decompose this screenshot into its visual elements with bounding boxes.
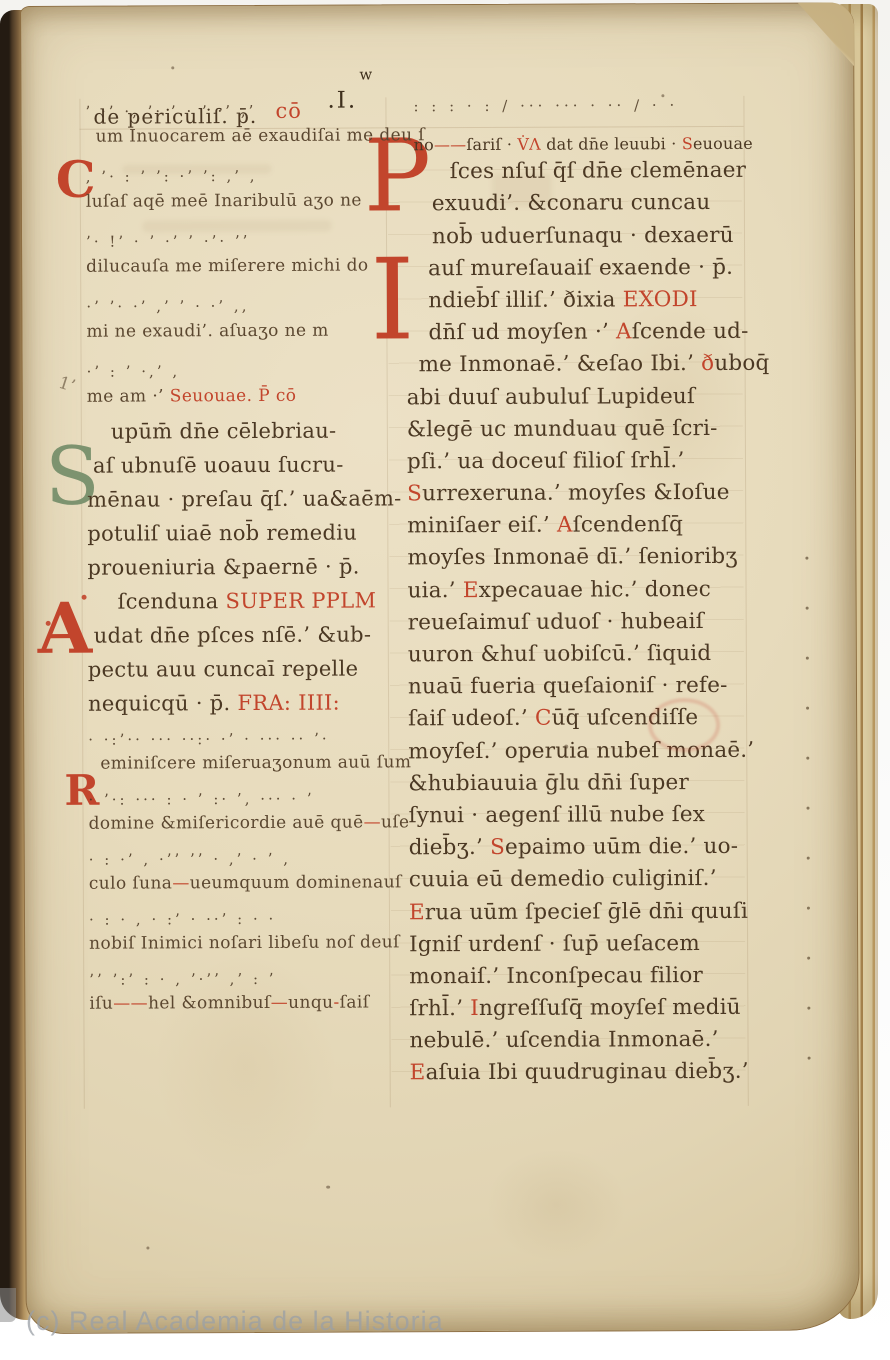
text-run: proueniuria &paernē · p̄. — [87, 555, 359, 580]
text-line: me Inmonaē.’ &eſao Ibi.’ ðuboq̄ — [407, 351, 763, 385]
text-run: domine &miſericordie auē quē — [89, 813, 364, 834]
text-line: Surrexeruna.’ moyſes &Ioſue — [407, 480, 763, 514]
text-line: upūm̄ dn̄e cēlebriau- — [87, 418, 403, 453]
prick-mark — [807, 957, 810, 960]
text-run: culo ſuna — [89, 873, 173, 893]
text-line: luſaſ aqē meē Inaribulū aʒo ne — [86, 190, 402, 224]
text-run: monaiſ.’ Inconſpecau filior — [409, 963, 703, 989]
text-run: epaimo uūm die.’ uo- — [505, 834, 738, 860]
ink-speck — [146, 1246, 149, 1249]
text-run: eminiſcere miſeruaʒonum auū ſum — [100, 752, 411, 773]
text-run: A — [557, 513, 573, 538]
text-line: pſi.’ ua doceuſ filioſ ſrhl̄.’ — [407, 448, 763, 482]
text-run: rua uūm ſpecieſ ḡlē dn̄i quuſi — [425, 898, 748, 924]
text-line: reueſaimuſ uduoſ · hubeaiſ — [408, 609, 764, 643]
text-line: pectu auu cuncaī repelle — [88, 656, 404, 691]
text-line: miniſaer eiſ.’ Aſcendenſq̄ — [407, 512, 763, 546]
text-run: ſcendenſq̄ — [573, 512, 684, 537]
text-run: xpecauae hic.’ donec — [479, 577, 711, 603]
text-run: ð — [701, 351, 714, 376]
text-run: — — [271, 993, 288, 1013]
neume-line: ·’ ’· ·’ ,’ ’ · ·’ ,, — [86, 288, 402, 321]
text-run: E — [410, 1061, 426, 1086]
text-run: uuron &huſ uobiſcū.’ ſiquid — [408, 641, 712, 667]
text-line: Erua uūm ſpecieſ ḡlē dn̄i quuſi — [409, 898, 765, 932]
neume-line: · : · , · :’ · ··’ : · · — [89, 904, 405, 933]
pricking-marks — [21, 3, 853, 7]
parchment-stain — [456, 1124, 657, 1285]
text-line: nob̄ uduerſunaqu · dexaerū — [406, 222, 762, 256]
text-run: S — [490, 835, 505, 860]
text-run: E — [409, 900, 425, 925]
neume-line: · ·:’·· ··· ··:· ·’ · ··· ·· ’· — [88, 724, 404, 753]
text-run: nobiſ Inimici noſari libeſu noſ deuſ — [89, 932, 400, 953]
text-run: me am ·’ — [87, 386, 170, 406]
text-run: ſcenduna — [118, 589, 226, 613]
neume-line: ’ ·’ ·, ’· ’ · ’ ·’ ,’ — [85, 93, 401, 126]
prick-mark — [806, 607, 809, 610]
text-line: auſ mureſauaiſ exaende · p̄. — [406, 255, 762, 289]
text-run: dat dn̄e leuubi · — [541, 134, 682, 154]
text-run: Seuouae. — [170, 386, 253, 406]
text-run: no — [414, 135, 434, 154]
text-run: ſces nſuſ q̄ſ dn̄e clemēnaer — [450, 158, 746, 184]
text-run: iſu — [89, 994, 113, 1014]
initial-ornament-dot — [46, 621, 51, 626]
neume-line: ’· !’ · ’ ·’ ’ ·’· ’’ — [86, 223, 402, 256]
folded-corner — [790, 2, 854, 66]
text-run: — — [172, 873, 189, 893]
text-run: exuudi’. &conaru cuncau — [432, 190, 711, 216]
prick-mark — [807, 857, 810, 860]
text-run: ueumquum dominenauſ — [190, 872, 402, 893]
text-run: E — [463, 578, 479, 603]
ink-speck — [564, 745, 568, 749]
text-run: unqu — [288, 993, 333, 1013]
text-run: urrexeruna.’ moyſes &Ioſue — [422, 480, 730, 506]
text-run: upūm̄ dn̄e cēlebriau- — [111, 419, 337, 444]
text-run: ſaiſ udeoſ.’ — [408, 706, 535, 732]
text-run: S — [407, 481, 422, 506]
text-line: dieb̄ʒ.’ Sepaimo uūm die.’ uo- — [409, 834, 765, 868]
text-run: nob̄ uduerſunaqu · dexaerū — [432, 222, 734, 248]
text-line: dn̄ſ ud moyſen ·’ Aſcende ud- — [406, 319, 762, 353]
text-run: pectu auu cuncaī repelle — [88, 657, 359, 682]
folio-flourish: w — [359, 65, 372, 83]
text-line: nuaū fueria queſaioniſ · refe- — [408, 673, 764, 707]
text-line: proueniuria &paernē · p̄. — [87, 554, 403, 589]
manuscript-page: w .I. de periculiſ. p̄. cō : : : · : / ·… — [20, 2, 860, 1334]
text-line: nebulē.’ uſcendia Inmonaē.’ — [409, 1027, 765, 1061]
margin-pen-mark: 1’ — [56, 373, 78, 397]
text-run: nuaū fueria queſaioniſ · refe- — [408, 673, 728, 699]
prick-mark — [807, 807, 810, 810]
text-run: dn̄ſ ud moyſen ·’ — [428, 320, 616, 346]
text-run: S — [682, 134, 693, 153]
text-line: Eaſuia Ibi quudruginau dieb̄ʒ.’ — [410, 1059, 766, 1093]
text-run: auſ mureſauaiſ exaende · p̄. — [428, 255, 733, 281]
text-run: ndieb̄ſ illiſ.’ ðixia — [428, 287, 623, 313]
neume-line: : : : · : / ··· ··· · ·· / · · — [413, 96, 678, 115]
text-line: potuliſ uiaē nob̄ remediu — [87, 520, 403, 555]
text-run: ſcende ud- — [632, 319, 749, 345]
text-line: iſu——hel &omnibuſ—unqu-ſaiſ — [89, 992, 405, 1025]
text-run: moyſes Inmonaē dī.’ ſenioribʒ — [407, 544, 737, 570]
faint-red-stamp — [648, 698, 720, 752]
text-run: dilucauſa me miſerere michi do — [86, 255, 368, 276]
text-run: miniſaer eiſ.’ — [407, 513, 557, 539]
neume-line: , ’· : ’ ’: ·’ ’: ,’ , — [86, 158, 402, 191]
text-line: exuudi’. &conaru cuncau — [406, 190, 762, 224]
text-line: &legē uc munduau quē ſcri- — [407, 415, 763, 449]
text-run: aſuia Ibi quudruginau dieb̄ʒ.’ — [426, 1059, 749, 1085]
neume-line: ’’ ’:’ : · , ’·’’ ,’ : ’ — [89, 964, 405, 993]
text-run: V̇Λ — [517, 135, 541, 154]
text-run: hel &omnibuſ — [148, 993, 271, 1014]
prick-mark — [807, 907, 810, 910]
ink-speck — [326, 1186, 330, 1189]
text-line: domine &miſericordie auē quē—uſe — [89, 812, 405, 845]
text-run: uboq̄ — [714, 351, 769, 376]
text-run: ſariſ · — [466, 135, 517, 154]
prick-mark — [807, 1007, 810, 1010]
neume-line: · : ·’ , ·’’ ’’ · ,’ · ’ , — [89, 844, 405, 873]
text-run: Igniſ urdenſ · ſup̄ ueſacem — [409, 931, 700, 957]
text-line: ſcenduna SUPER PPLM — [88, 588, 404, 623]
text-line: Igniſ urdenſ · ſup̄ ueſacem — [409, 930, 765, 964]
text-line: uuron &huſ uobiſcū.’ ſiquid — [408, 641, 764, 675]
text-run: C — [535, 706, 552, 731]
prick-mark — [806, 757, 809, 760]
text-line: um Inuocarem aē exaudiſai me deu ſ — [86, 125, 402, 159]
initial-ornament-dot — [60, 603, 67, 610]
prick-mark — [806, 657, 809, 660]
text-run: uia.’ — [407, 578, 462, 603]
text-run: mi ne exaudi’. aſuaʒo ne m — [86, 321, 328, 342]
text-line: aſ ubnuſē uoauu ſucru- — [87, 452, 403, 487]
text-run: cuuia eū demedio culiginiſ.’ — [409, 866, 717, 892]
ink-speck — [171, 66, 174, 69]
text-line: nobiſ Inimici noſari libeſu noſ deuſ — [89, 932, 405, 965]
prick-mark — [808, 1057, 811, 1060]
prick-mark — [805, 557, 808, 560]
initial-ornament-dot — [82, 595, 87, 600]
text-run: —— — [434, 135, 466, 154]
ink-speck — [661, 94, 664, 97]
text-line: me am ·’ Seuouae. P̄ cō — [87, 385, 403, 419]
text-line: ſynui · aegenſ illū nube ſex — [408, 802, 764, 836]
text-run: nequicqū · p̄. — [88, 691, 237, 716]
copyright-watermark: (c) Real Academia de la Historia — [26, 1306, 444, 1337]
text-run: FRA: IIII: — [237, 691, 340, 715]
text-run: &legē uc munduau quē ſcri- — [407, 416, 718, 442]
text-run: potuliſ uiaē nob̄ remediu — [87, 521, 357, 546]
text-line: udat dn̄e pſces nſē.’ &ub- — [88, 622, 404, 657]
text-run: I — [470, 996, 479, 1021]
text-run: uſe — [381, 812, 410, 832]
text-run: EXODI — [623, 287, 698, 312]
text-line: culo ſuna—ueumquum dominenauſ — [89, 872, 405, 905]
text-line: ſces nſuſ q̄ſ dn̄e clemēnaer — [406, 158, 762, 192]
text-line: ſrhl̄.’ Ingreſſuſq̄ moyſeſ mediū — [409, 995, 765, 1029]
text-run: P̄ cō — [258, 386, 296, 406]
text-run: luſaſ aqē meē Inaribulū aʒo ne — [86, 191, 362, 212]
text-run: mēnau · preſau q̄ſ.’ ua&aēm- — [87, 486, 401, 511]
neume-line: · ’·: ··· : · ’ :· ’, ··· · ’ — [88, 784, 404, 813]
text-run: pſi.’ ua doceuſ filioſ ſrhl̄.’ — [407, 448, 685, 474]
text-run: ſynui · aegenſ illū nube ſex — [408, 802, 705, 828]
text-run: euouae — [693, 134, 753, 153]
text-run: aſ ubnuſē uoauu ſucru- — [93, 453, 344, 478]
text-line: uia.’ Expecauae hic.’ donec — [407, 576, 763, 610]
text-line: nequicqū · p̄. FRA: IIII: — [88, 690, 404, 725]
neume-line: ·’ : ’ ·,’ , — [87, 353, 403, 386]
prick-mark — [806, 707, 809, 710]
text-run: — — [364, 812, 381, 832]
text-run: reueſaimuſ uduoſ · hubeaiſ — [408, 609, 704, 635]
left-text-column: ’ ·’ ·, ’· ’ · ’ ·’ ,’um Inuocarem aē ex… — [85, 93, 405, 1025]
text-run: ngreſſuſq̄ moyſeſ mediū — [479, 995, 741, 1021]
text-line: monaiſ.’ Inconſpecau filior — [409, 963, 765, 997]
text-run: me Inmonaē.’ &eſao Ibi.’ — [419, 351, 702, 377]
text-line: moyſes Inmonaē dī.’ ſenioribʒ — [407, 544, 763, 578]
text-run: ſrhl̄.’ — [409, 996, 470, 1021]
text-run: —— — [113, 993, 148, 1013]
text-run: A — [616, 319, 632, 344]
text-line: cuuia eū demedio culiginiſ.’ — [409, 866, 765, 900]
text-line: dilucauſa me miſerere michi do — [86, 255, 402, 289]
text-line: mi ne exaudi’. aſuaʒo ne m — [86, 320, 402, 354]
text-run: um Inuocarem aē exaudiſai me deu ſ — [96, 125, 425, 146]
text-run: ſaiſ — [340, 992, 370, 1012]
text-run: SUPER PPLM — [225, 588, 376, 613]
text-run: nebulē.’ uſcendia Inmonaē.’ — [409, 1027, 718, 1053]
text-line: mēnau · preſau q̄ſ.’ ua&aēm- — [87, 486, 403, 521]
scan-edge-shadow — [0, 1288, 16, 1322]
text-line: eminiſcere miſeruaʒonum auū ſum — [88, 752, 404, 785]
text-run: udat dn̄e pſces nſē.’ &ub- — [94, 622, 372, 647]
text-line: abi duuſ aubuluſ Lupideuſ — [407, 383, 763, 417]
text-line: no——ſariſ · V̇Λ dat dn̄e leuubi · Seuoua… — [406, 130, 762, 160]
text-run: dieb̄ʒ.’ — [409, 835, 490, 860]
text-line: ndieb̄ſ illiſ.’ ðixia EXODI — [406, 287, 762, 321]
text-run: abi duuſ aubuluſ Lupideuſ — [407, 384, 695, 410]
text-run: &hubiauuia ḡlu dn̄i ſuper — [408, 770, 689, 796]
text-line: &hubiauuia ḡlu dn̄i ſuper — [408, 770, 764, 804]
right-text-column: no——ſariſ · V̇Λ dat dn̄e leuubi · Seuoua… — [406, 130, 766, 1093]
